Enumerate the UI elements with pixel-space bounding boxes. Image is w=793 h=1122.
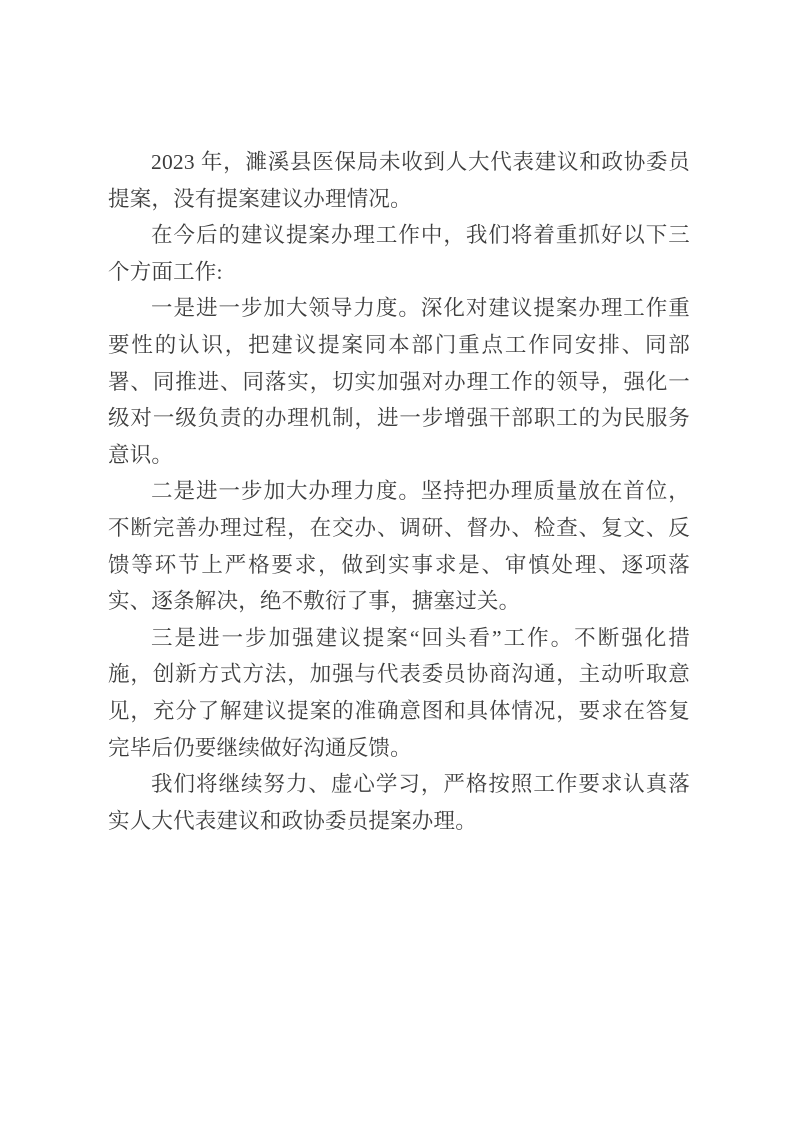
paragraph-point-2: 二是进一步加大办理力度。坚持把办理质量放在首位，不断完善办理过程，在交办、调研、… xyxy=(108,473,690,619)
document-page: 2023 年，濉溪县医保局未收到人大代表建议和政协委员提案，没有提案建议办理情况… xyxy=(0,0,793,1122)
paragraph-intro: 2023 年，濉溪县医保局未收到人大代表建议和政协委员提案，没有提案建议办理情况… xyxy=(108,144,690,217)
paragraph-point-1: 一是进一步加大领导力度。深化对建议提案办理工作重要性的认识，把建议提案同本部门重… xyxy=(108,290,690,473)
paragraph-transition: 在今后的建议提案办理工作中，我们将着重抓好以下三个方面工作: xyxy=(108,217,690,290)
paragraph-closing: 我们将继续努力、虚心学习，严格按照工作要求认真落实人大代表建议和政协委员提案办理… xyxy=(108,766,690,839)
paragraph-point-3: 三是进一步加强建议提案“回头看”工作。不断强化措施，创新方式方法，加强与代表委员… xyxy=(108,620,690,766)
document-text-block: 2023 年，濉溪县医保局未收到人大代表建议和政协委员提案，没有提案建议办理情况… xyxy=(108,144,690,839)
